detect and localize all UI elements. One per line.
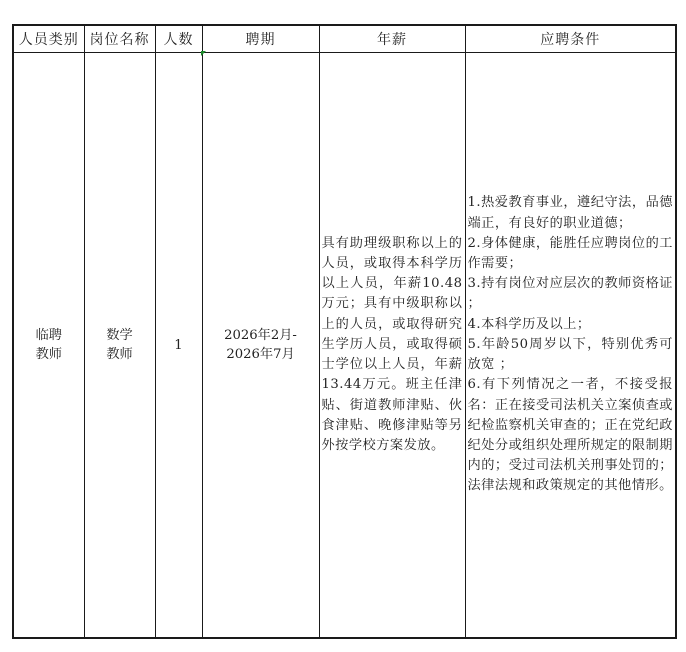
cell-term[interactable]: 2026年2月- 2026年7月 [202, 53, 319, 639]
requirement-item-6: 6.有下列情况之一者，不接受报名：正在接受司法机关立案侦查或纪检监察机关审查的；… [468, 375, 674, 496]
recruitment-table: 人员类别 岗位名称 人数 聘期 年薪 应聘条件 临聘 教师 数学 教师 1 20… [12, 24, 677, 639]
header-row: 人员类别 岗位名称 人数 聘期 年薪 应聘条件 [13, 25, 676, 53]
header-position[interactable]: 岗位名称 [84, 25, 155, 53]
cell-category[interactable]: 临聘 教师 [13, 53, 84, 639]
category-line-2: 教师 [36, 347, 62, 362]
table-row: 临聘 教师 数学 教师 1 2026年2月- 2026年7月 具有助理级职称以上… [13, 53, 676, 639]
cell-requirements[interactable]: 1.热爱教育事业，遵纪守法，品德端正，有良好的职业道德； 2.身体健康，能胜任应… [465, 53, 676, 639]
cell-count[interactable]: 1 [155, 53, 202, 639]
position-line-1: 数学 [106, 328, 132, 343]
recruitment-table-sheet: 人员类别 岗位名称 人数 聘期 年薪 应聘条件 临聘 教师 数学 教师 1 20… [12, 24, 677, 639]
cell-marker-icon [201, 51, 206, 56]
header-count[interactable]: 人数 [155, 25, 202, 53]
header-requirements[interactable]: 应聘条件 [465, 25, 676, 53]
requirement-item-1: 1.热爱教育事业，遵纪守法，品德端正，有良好的职业道德； [468, 193, 674, 233]
cell-position[interactable]: 数学 教师 [84, 53, 155, 639]
header-term[interactable]: 聘期 [202, 25, 319, 53]
requirement-item-5: 5.年龄50周岁以下，特别优秀可放宽 ； [468, 335, 674, 375]
requirement-item-2: 2.身体健康，能胜任应聘岗位的工作需要； [468, 234, 674, 274]
header-category[interactable]: 人员类别 [13, 25, 84, 53]
term-end: 2026年7月 [226, 347, 294, 362]
header-salary[interactable]: 年薪 [319, 25, 465, 53]
salary-text: 具有助理级职称以上的人员，或取得本科学历以上人员，年薪10.48万元；具有中级职… [322, 234, 463, 456]
requirement-item-3: 3.持有岗位对应层次的教师资格证 ； [468, 274, 674, 314]
term-start: 2026年2月- [224, 328, 297, 343]
category-line-1: 临聘 [36, 328, 62, 343]
requirement-item-4: 4.本科学历及以上； [468, 315, 674, 335]
count-value: 1 [174, 338, 182, 353]
cell-salary[interactable]: 具有助理级职称以上的人员，或取得本科学历以上人员，年薪10.48万元；具有中级职… [319, 53, 465, 639]
position-line-2: 教师 [106, 347, 132, 362]
